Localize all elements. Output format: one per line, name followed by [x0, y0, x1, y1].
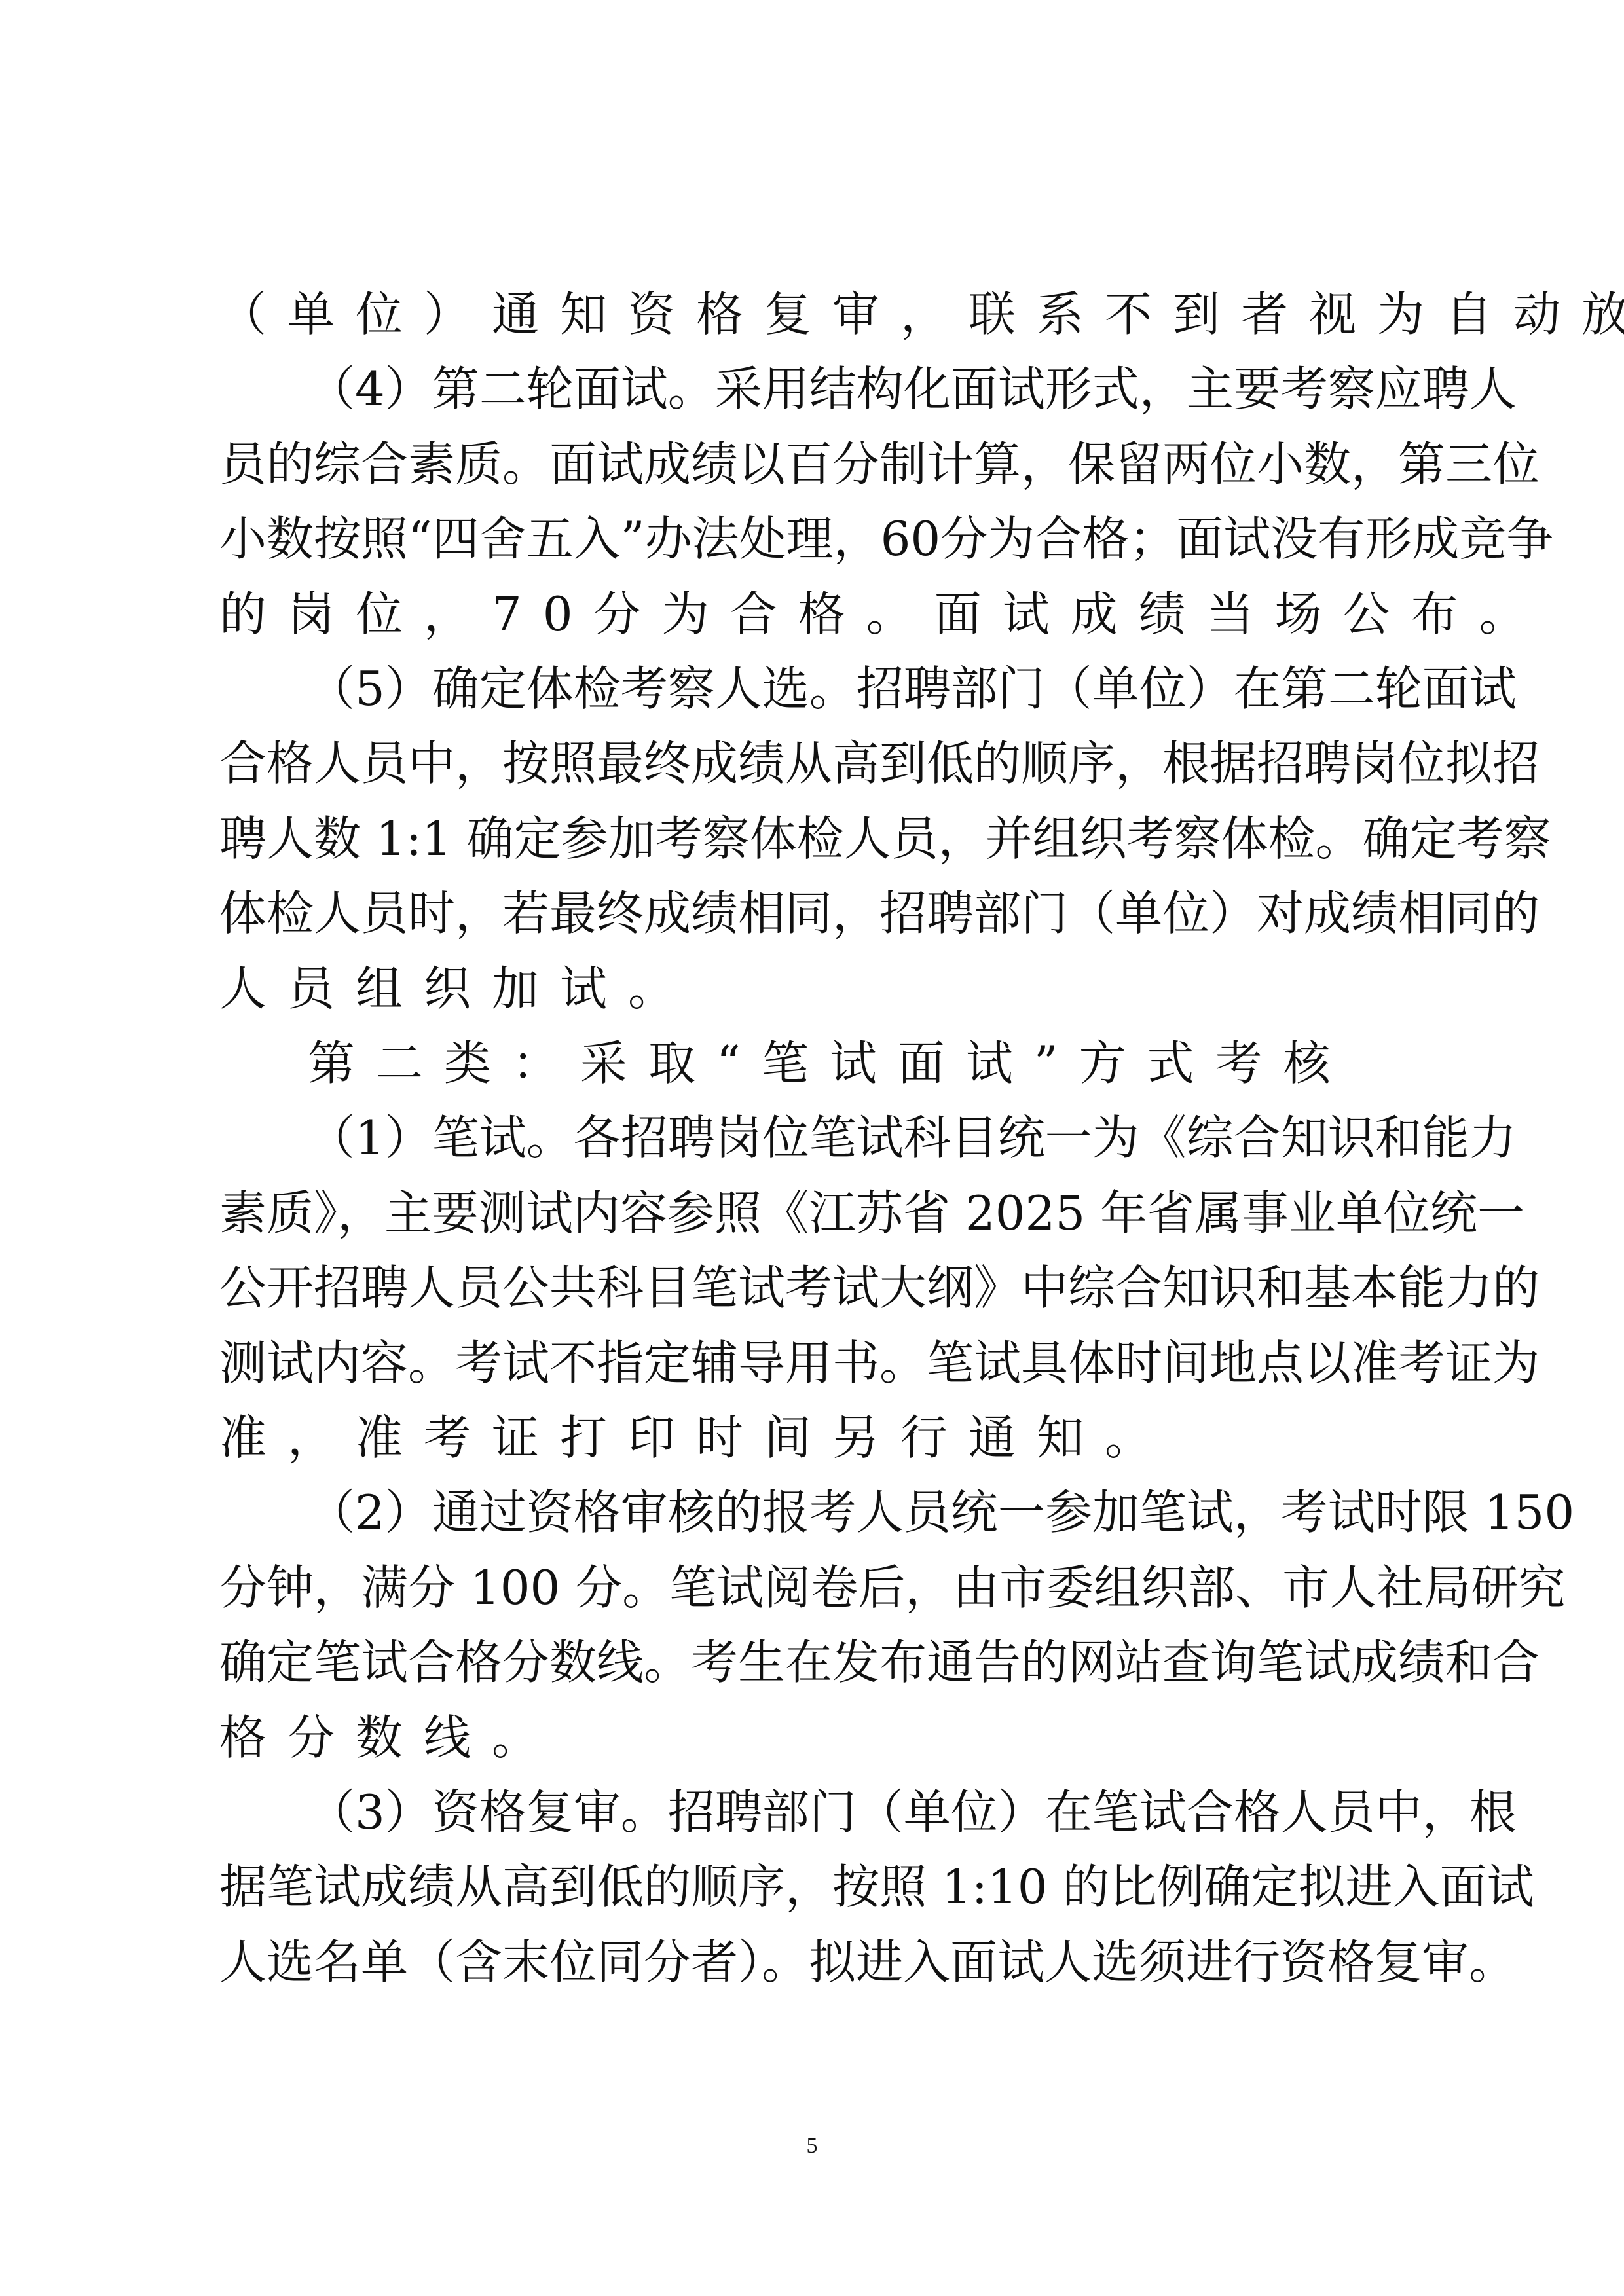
- text-line: 格分数线。: [219, 1705, 1414, 1770]
- text-line: 体检人员时，若最终成绩相同，招聘部门（单位）对成绩相同的: [219, 881, 1414, 946]
- text-line: 合格人员中，按照最终成绩从高到低的顺序，根据招聘岗位拟招: [219, 731, 1414, 796]
- text-line: （1）笔试。各招聘岗位笔试科目统一为《综合知识和能力: [308, 1105, 1414, 1171]
- text-line: 测试内容。考试不指定辅导用书。笔试具体时间地点以准考证为: [219, 1330, 1414, 1396]
- page-number: 5: [799, 2133, 825, 2159]
- text-line: 公开招聘人员公共科目笔试考试大纲》中综合知识和基本能力的: [219, 1255, 1414, 1321]
- text-line: （2）通过资格审核的报考人员统一参加笔试，考试时限 150: [308, 1480, 1414, 1545]
- text-line: 小数按照“四舍五入”办法处理，60分为合格；面试没有形成竞争: [219, 506, 1414, 572]
- text-line: 的岗位，70分为合格。面试成绩当场公布。: [219, 581, 1414, 647]
- section-heading: 第二类：采取“笔试面试”方式考核: [308, 1030, 1414, 1096]
- text-line: 分钟，满分 100 分。笔试阅卷后，由市委组织部、市人社局研究: [219, 1555, 1414, 1620]
- text-line: （单位）通知资格复审，联系不到者视为自动放弃。: [219, 282, 1414, 347]
- text-line: 素质》，主要测试内容参照《江苏省 2025 年省属事业单位统一: [219, 1180, 1414, 1246]
- text-line: 准，准考证打印时间另行通知。: [219, 1405, 1414, 1470]
- document-page: （单位）通知资格复审，联系不到者视为自动放弃。 （4）第二轮面试。采用结构化面试…: [0, 0, 1624, 2296]
- text-line: （3）资格复审。招聘部门（单位）在笔试合格人员中，根: [308, 1779, 1414, 1845]
- text-line: （4）第二轮面试。采用结构化面试形式，主要考察应聘人: [308, 356, 1414, 422]
- text-line: 人员组织加试。: [219, 956, 1414, 1021]
- text-line: 聘人数 1:1 确定参加考察体检人员，并组织考察体检。确定考察: [219, 806, 1414, 871]
- text-line: 据笔试成绩从高到低的顺序，按照 1:10 的比例确定拟进入面试: [219, 1854, 1414, 1920]
- text-line: （5）确定体检考察人选。招聘部门（单位）在第二轮面试: [308, 656, 1414, 721]
- text-line: 确定笔试合格分数线。考生在发布通告的网站查询笔试成绩和合: [219, 1630, 1414, 1695]
- text-line: 人选名单（含末位同分者）。拟进入面试人选须进行资格复审。: [219, 1929, 1414, 1995]
- text-line: 员的综合素质。面试成绩以百分制计算，保留两位小数，第三位: [219, 431, 1414, 497]
